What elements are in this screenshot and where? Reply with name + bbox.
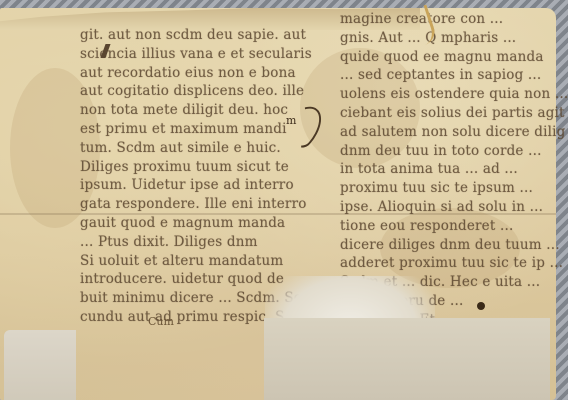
repair-patch-right bbox=[264, 318, 550, 400]
text-line: aut cogitatio displicens deo. ille bbox=[80, 82, 312, 101]
text-line: dnm deu tuu in toto corde ... bbox=[340, 142, 568, 161]
text-line: est primu et maximum mandi bbox=[80, 120, 312, 139]
worm-hole bbox=[477, 302, 485, 310]
text-line: Diliges proximu tuum sicut te bbox=[80, 158, 312, 177]
text-line: ... sed ceptantes in sapiog ... bbox=[340, 66, 568, 85]
marginal-note: m bbox=[286, 114, 296, 127]
text-line: sciencia illius vana e et secularis bbox=[80, 45, 312, 64]
text-line: tum. Scdm aut simile e huic. bbox=[80, 139, 312, 158]
text-line: ad salutem non solu dicere dilig bbox=[340, 123, 568, 142]
text-line: ipsum. Uidetur ipse ad interro bbox=[80, 176, 312, 195]
text-line: proximu tuu sic te ipsum ... bbox=[340, 179, 568, 198]
text-line: adderet proximu tuu sic te ip ... bbox=[340, 254, 568, 273]
text-line: dicere diliges dnm deu tuum ... bbox=[340, 236, 568, 255]
text-line: gauit quod e magnum manda bbox=[80, 214, 312, 233]
text-line: ... Ptus dixit. Diliges dnm bbox=[80, 233, 312, 252]
text-line: Si uoluit et alteru mandatum bbox=[80, 252, 312, 271]
text-line: non tota mete diligit deu. hoc bbox=[80, 101, 312, 120]
text-line: quide quod ee magnu manda bbox=[340, 48, 568, 67]
text-line: ipse. Alioquin si ad solu in ... bbox=[340, 198, 568, 217]
text-line: gnis. Aut ... Q mpharis ... bbox=[340, 29, 568, 48]
text-line: gata respondere. Ille eni interro bbox=[80, 195, 312, 214]
text-line: in tota anima tua ... ad ... bbox=[340, 160, 568, 179]
text-line: ciebant eis solius dei partis agit ... bbox=[340, 104, 568, 123]
repair-patch-left bbox=[4, 330, 76, 400]
text-line: git. aut non scdm deu sapie. aut bbox=[80, 26, 312, 45]
text-line: magine creatore con ... bbox=[340, 10, 568, 29]
footer-fragment: Cum bbox=[148, 315, 174, 328]
text-line: aut recordatio eius non e bona bbox=[80, 64, 312, 83]
text-line: tione eou responderet ... bbox=[340, 217, 568, 236]
text-line: uolens eis ostendere quia non ... bbox=[340, 85, 568, 104]
parchment-leaf: git. aut non scdm deu sapie. aut scienci… bbox=[0, 8, 556, 400]
